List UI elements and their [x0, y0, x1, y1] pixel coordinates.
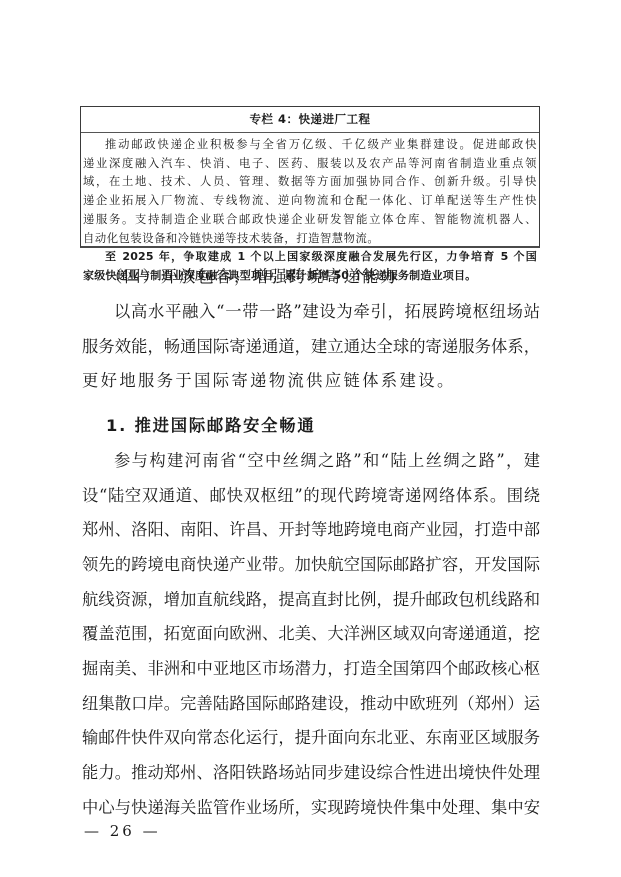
- text-line: 递服务。支持制造企业联合邮政快递企业研发智能立体仓库、智能物流机器人、: [83, 211, 537, 230]
- text-line: 自动化包装设备和冷链快递等技术装备，打造智慧物流。: [83, 230, 537, 249]
- text-line: 设“陆空双通道、邮快双枢纽”的现代跨境寄递网络体系。围绕: [82, 481, 540, 511]
- text-line: 递企业拓展入厂物流、专线物流、逆向物流和仓配一体化、订单配送等生产性快: [83, 192, 537, 211]
- sidebar-box-title: 专栏 4：快递进厂工程: [81, 107, 539, 133]
- text-line: 领先的跨境电商快递产业带。加快航空国际邮路扩容，开发国际: [82, 550, 540, 580]
- text-line: 掘南美、非洲和中亚地区市场潜力，打造全国第四个邮政核心枢: [82, 654, 540, 684]
- text-line: 服务效能，畅通国际寄递通道，建立通达全球的寄递服务体系，: [82, 332, 540, 362]
- text-line: 覆盖范围，拓宽面向欧洲、北美、大洋洲区域双向寄递通道，挖: [82, 619, 540, 649]
- text-line: 推动邮政快递企业积极参与全省万亿级、千亿级产业集群建设。促进邮政快: [83, 136, 537, 155]
- text-line: 能力。推动郑州、洛阳铁路场站同步建设综合性进出境快件处理: [82, 758, 540, 788]
- text-line: 以高水平融入“一带一路”建设为牵引，拓展跨境枢纽场站: [82, 297, 540, 327]
- sidebar-box-express-factory: 专栏 4：快递进厂工程 推动邮政快递企业积极参与全省万亿级、千亿级产业集群建设。…: [80, 106, 540, 248]
- text-line: 参与构建河南省“空中丝绸之路”和“陆上丝绸之路”，建: [82, 446, 540, 476]
- text-line: 递业深度融入汽车、快消、电子、医药、服装以及农产品等河南省制造业重点领: [83, 155, 537, 174]
- text-line: 纽集散口岸。完善陆路国际邮路建设，推动中欧班列（郑州）运: [82, 689, 540, 719]
- text-line: 郑州、洛阳、南阳、许昌、开封等地跨境电商产业园，打造中部: [82, 515, 540, 545]
- section-heading: （四）开放包容，增强跨境寄递能力: [82, 262, 540, 292]
- subheading: 1. 推进国际邮路安全畅通: [82, 411, 540, 441]
- text-line: 域，在土地、技术、人员、管理、数据等方面加强协同合作、创新升级。引导快: [83, 173, 537, 192]
- text-line: 航线资源，增加直航线路，提高直封比例，提升邮政包机线路和: [82, 585, 540, 615]
- page-number: — 26 —: [84, 822, 161, 840]
- text-line: 输邮件快件双向常态化运行，提升面向东北亚、东南亚区域服务: [82, 723, 540, 753]
- sidebar-box-paragraph: 推动邮政快递企业积极参与全省万亿级、千亿级产业集群建设。促进邮政快 递业深度融入…: [83, 136, 537, 248]
- text-line: 中心与快递海关监管作业场所，实现跨境快件集中处理、集中安: [82, 793, 540, 823]
- text-line: 更好地服务于国际寄递物流供应链体系建设。: [82, 366, 540, 396]
